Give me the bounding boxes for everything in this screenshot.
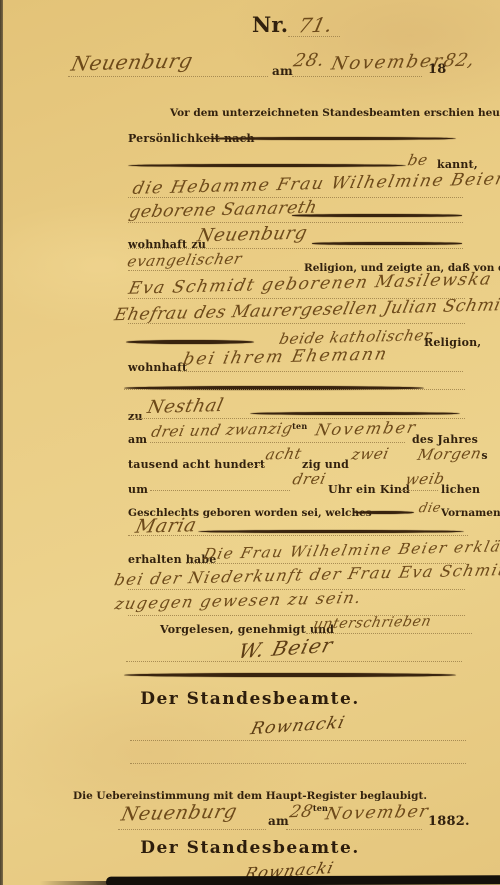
cert-day-wrap: 28ten (290, 802, 328, 822)
closing-note3: zugegen gewesen zu sein. (113, 588, 364, 613)
residence-wrap: Neuenburg (198, 224, 307, 245)
die-wrap: die (419, 497, 441, 516)
birth-day-sup: ten (292, 421, 307, 431)
dateline-year: 82, (442, 50, 477, 72)
registrar1-underline (130, 740, 466, 741)
religion-value: evangelischer (126, 250, 244, 271)
dateline-year-wrap: 82, (444, 50, 474, 71)
dateline-underline-2 (292, 76, 422, 77)
be-hand: be (406, 151, 430, 170)
parents-residence-wrap: bei ihrem Ehemann (184, 347, 387, 367)
birth-date-underline (150, 442, 405, 443)
parents-residence: bei ihrem Ehemann (181, 344, 390, 369)
child-name-underline (128, 535, 468, 536)
scan-edge-bottom (106, 875, 500, 885)
certification-wrap: Die Uebereinstimmung mit dem Haupt-Regis… (0, 784, 500, 803)
closing-note1: . Die Frau Wilhelmine Beier erklärte (189, 537, 500, 564)
registrar1-heading: Der Standesbeamte. (140, 689, 360, 709)
signature-underline (126, 661, 462, 662)
cert-year-wrap: 1882. (428, 810, 470, 829)
declarant-signature: W. Beier (236, 633, 336, 663)
unit-hand: zwei (350, 445, 391, 464)
both-religion-wrap: beide katholischer (280, 327, 431, 346)
tausend-wrap: tausend acht hundert (128, 453, 265, 472)
am2-wrap: am (128, 428, 147, 447)
daytime-s: s (481, 449, 487, 462)
vornamen: Vornamen (441, 507, 500, 519)
cert-am-wrap: am (268, 810, 289, 829)
birth-place: Nesthal (145, 395, 225, 418)
religion-value-wrap: evangelischer (128, 250, 242, 269)
gender-underline (400, 490, 438, 491)
spare-underline (130, 763, 466, 764)
uhr-ein-kind: Uhr ein Kind (328, 483, 410, 496)
declarant-line2: geborene Saanareth (127, 198, 319, 223)
am2-label: am (128, 433, 147, 446)
hour-underline (150, 490, 290, 491)
intro-line1-text: Vor dem unterzeichneten Standesbeamten e… (170, 107, 500, 119)
declarant-line1-wrap: die Hebamme Frau Wilhelmine Beier (134, 174, 500, 194)
lichen-wrap: lichen (441, 478, 480, 497)
father-underline (128, 323, 465, 324)
um-wrap: um (128, 478, 148, 497)
intro-line1: Vor dem unterzeichneten Standesbeamten e… (170, 101, 500, 120)
decade-hand: acht (264, 445, 304, 464)
wohnhaft2-wrap: wohnhaft (128, 356, 187, 375)
religion-label: Religion, (424, 336, 481, 349)
ink-stroke-identity-2 (128, 164, 406, 167)
cert-place: Neuenburg (119, 801, 239, 826)
parents-residence-underline (178, 371, 463, 372)
kannt-text: kannt, (437, 158, 478, 171)
wohnhaft2: wohnhaft (128, 361, 187, 374)
declarant-line2-wrap: geborene Saanareth (130, 200, 316, 220)
declarant-signature-wrap: W. Beier (240, 636, 332, 660)
mother-wrap: Eva Schmidt geborenen Masilewska (130, 274, 491, 294)
registrar1-signature-wrap: Rownacki (252, 716, 344, 736)
ink-stroke-residence (312, 242, 462, 245)
die-hand: die (417, 501, 442, 517)
lichen: lichen (441, 483, 480, 496)
father-wrap: Ehefrau des Maurergesellen Julian Schmid… (116, 300, 500, 320)
ink-stroke-maiden (292, 214, 462, 217)
cert-day: 28 (288, 802, 315, 823)
nr-value: 71. (297, 13, 336, 38)
ink-stroke-identity-1 (206, 137, 456, 140)
cert-month-wrap: November (326, 803, 429, 823)
registrar1-heading-wrap: Der Standesbeamte. (0, 689, 500, 709)
residence-underline (128, 248, 463, 249)
nr-label: Nr. (252, 12, 288, 37)
closing-note2-wrap: bei der Niederkunft der Frau Eva Schmitt (116, 565, 500, 584)
daytime-wrap: Morgens (418, 444, 488, 463)
closing-note3-wrap: zugegen gewesen zu sein. (116, 591, 361, 610)
unterschrieben-wrap: unterschrieben (314, 612, 431, 631)
zu-wrap: zu (128, 405, 143, 424)
unit-wrap: zwei (352, 444, 389, 463)
registrar2-heading-wrap: Der Standesbeamte. (0, 838, 500, 858)
closing-note1-wrap: . Die Frau Wilhelmine Beier erklärte (192, 540, 500, 559)
nr-underline (288, 36, 340, 37)
certification-text: Die Uebereinstimmung mit dem Haupt-Regis… (73, 790, 427, 802)
dateline-place-wrap: Neuenburg (72, 50, 192, 74)
declarant-line1: die Hebamme Frau Wilhelmine Beier (131, 169, 500, 199)
decade-underline (238, 465, 264, 466)
birth-month: November (314, 418, 420, 440)
ink-stroke-religion (126, 340, 254, 344)
cert-year: 1882. (428, 814, 470, 829)
zu-label: zu (128, 410, 143, 423)
closing-note2: bei der Niederkunft der Frau Eva Schmitt (113, 560, 500, 589)
nr-line: Nr. 71. (252, 12, 333, 37)
religion-label-wrap: Religion, (424, 331, 481, 350)
vornamen-wrap: Vornamen (441, 501, 500, 520)
residence: Neuenburg (195, 223, 309, 247)
unterschrieben: unterschrieben (312, 613, 433, 632)
scan-edge-left (0, 0, 3, 885)
ink-stroke-welches (354, 511, 414, 514)
gender-wrap: weib (406, 469, 445, 488)
dateline-underline-1 (68, 76, 268, 77)
birth-day-wrap: drei und zwanzigten (152, 420, 307, 439)
intro-line2: Persönlichkeit nach (128, 127, 255, 146)
registrar2-heading: Der Standesbeamte. (140, 838, 360, 858)
ink-stroke-birthplace (250, 412, 460, 415)
be-wrap: be (408, 150, 428, 169)
registry-certificate-scan: Nr. 71. Neuenburg am 28. November 18 82,… (0, 0, 500, 885)
decade-wrap: acht (266, 444, 301, 463)
dateline-place: Neuenburg (69, 48, 195, 75)
cert-am: am (268, 814, 289, 828)
religion-underline (128, 270, 298, 271)
dateline-am: am (272, 64, 293, 78)
um-label: um (128, 483, 148, 496)
ink-stroke-divider (124, 673, 456, 677)
ink-stroke-name (198, 530, 464, 533)
birth-day: drei und zwanzig (150, 419, 295, 441)
blank-row-underline (124, 389, 465, 390)
birth-month-wrap: November (316, 419, 417, 438)
daytime-hand: Morgen (416, 444, 484, 464)
dateline-am-wrap: am (272, 60, 293, 79)
registrar1-signature: Rownacki (249, 713, 348, 739)
cert-date-underline (286, 829, 422, 830)
child-name-wrap: Maria (136, 515, 196, 537)
hour-wrap: drei (293, 469, 326, 488)
dateline-day: 28. (292, 50, 327, 72)
father-name: Ehefrau des Maurergesellen Julian Schmid… (113, 295, 500, 326)
mother-name: Eva Schmidt geborenen Masilewska (127, 269, 495, 298)
birth-place-wrap: Nesthal (148, 396, 223, 417)
hour-hand: drei (291, 470, 328, 489)
cert-place-underline (118, 829, 266, 830)
dateline-month-wrap: November (332, 52, 443, 73)
dateline-day-wrap: 28. (294, 50, 324, 71)
cert-month: November (323, 802, 431, 825)
uhr-ein-kind-wrap: Uhr ein Kind (328, 478, 410, 497)
cert-place-wrap: Neuenburg (122, 802, 237, 824)
